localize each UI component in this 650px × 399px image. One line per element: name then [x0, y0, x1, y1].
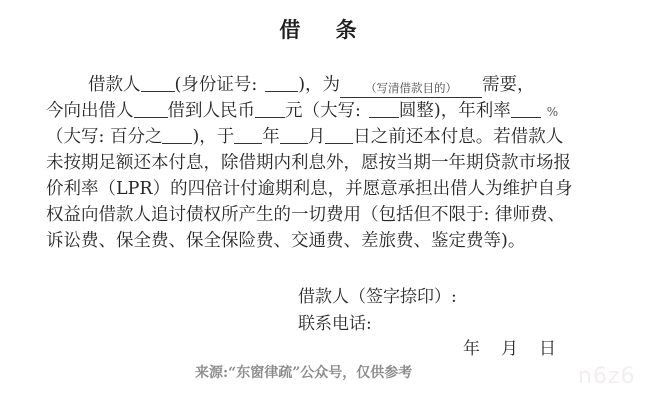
lender-name-blank — [134, 99, 168, 118]
text: 年 — [262, 127, 280, 147]
text: 今向出借人 — [46, 101, 134, 121]
text: )，于 — [192, 127, 234, 147]
text: 元（大写: — [285, 101, 361, 121]
text: 需要， — [482, 75, 535, 95]
document-title: 借 条 — [0, 14, 650, 44]
borrower-name-blank — [141, 73, 175, 92]
paragraph-line-2: 今向出借人借到人民币元（大写:圆整)，年利率% — [46, 98, 558, 124]
text: 圆整)，年利率 — [399, 101, 511, 121]
paragraph-line-6: 权益向借款人追讨债权所产生的一切费用（包括但不限于: 律师费、 — [46, 202, 565, 228]
paragraph-line-7: 诉讼费、保全费、保全保险费、交通费、差旅费、鉴定费等)。 — [46, 228, 525, 254]
borrower-signature-label: 借款人（签字捺印）: — [298, 282, 457, 307]
text: )，为 — [298, 75, 340, 95]
watermark: n6z6 — [578, 364, 636, 389]
text: （大写: 百分之 — [46, 127, 162, 147]
paragraph-line-5: 价利率（LPR）的四倍计付逾期利息，并愿意承担出借人为维护自身 — [46, 176, 573, 202]
text: 日之前还本付息。若借款人 — [353, 127, 563, 147]
id-number-blank — [265, 73, 298, 92]
loan-purpose-blank: （写清借款目的） — [340, 79, 482, 98]
amount-blank — [255, 99, 285, 118]
day-blank — [325, 125, 353, 144]
paragraph-line-4: 未按期足额还本付息，除借期内利息外，愿按当期一年期贷款市场报 — [46, 150, 571, 176]
paragraph-line-3: （大写: 百分之)，于年月日之前还本付息。若借款人 — [46, 124, 563, 150]
text: 借到人民币 — [168, 101, 256, 121]
source-note: 来源:“东窗律疏”公众号，仅供参考 — [195, 362, 412, 382]
year-blank — [234, 125, 262, 144]
text: 借款人 — [88, 75, 141, 95]
rate-uppercase-blank — [162, 125, 192, 144]
phone-label: 联系电话: — [298, 309, 372, 334]
month-blank — [280, 125, 308, 144]
paragraph-line-1: 借款人(身份证号:)，为（写清借款目的）需要， — [88, 72, 535, 98]
text: 月 — [308, 127, 326, 147]
interest-rate-blank — [511, 99, 541, 118]
date-label: 年 月 日 — [463, 334, 558, 359]
percent-sign: % — [547, 105, 558, 119]
text: (身份证号: — [175, 75, 258, 95]
amount-uppercase-blank — [369, 99, 399, 118]
